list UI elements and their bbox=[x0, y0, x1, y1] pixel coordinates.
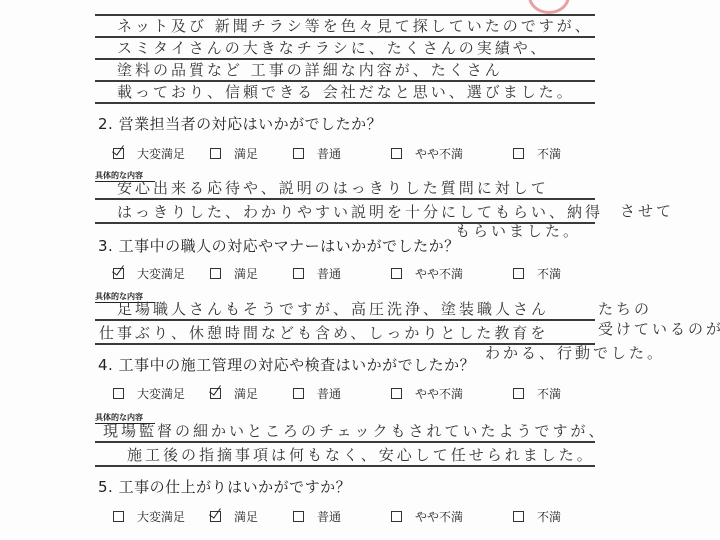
checkbox[interactable] bbox=[210, 148, 221, 159]
answer-text: 足場職人さんもそうですが、高圧洗浄、塗装職人さん bbox=[117, 299, 549, 319]
checkbox[interactable] bbox=[391, 388, 402, 399]
option-normal[interactable]: 普通 bbox=[293, 385, 341, 402]
option-label: 大変満足 bbox=[137, 508, 185, 525]
answer-text: スミタイさんの大きなチラシに、たくさんの実績や、 bbox=[117, 38, 548, 58]
option-normal[interactable]: 普通 bbox=[293, 508, 341, 525]
option-label: 普通 bbox=[317, 145, 341, 162]
option-dissatisfied[interactable]: 不満 bbox=[513, 508, 561, 525]
question-number: 2. bbox=[98, 115, 113, 133]
answer-line: 載っており、信頼できる 会社だなと思い、選びました。 bbox=[95, 82, 595, 104]
option-somewhat-dissatisfied[interactable]: やや不満 bbox=[391, 385, 463, 402]
option-label: やや不満 bbox=[415, 385, 463, 402]
checkbox[interactable] bbox=[210, 268, 221, 279]
answer-text: 現場監督の細かいところのチェックもされていたようですが、 bbox=[103, 421, 607, 441]
overflow-text: わかる、行動でした。 bbox=[485, 342, 665, 363]
overflow-text: もらいました。 bbox=[455, 220, 581, 241]
checkbox[interactable] bbox=[293, 511, 304, 522]
option-somewhat-dissatisfied[interactable]: やや不満 bbox=[391, 145, 463, 162]
q1-answer-block: ネット及び 新聞チラシ等を色々見て探していたのですが、 スミタイさんの大きなチラ… bbox=[95, 0, 595, 104]
option-label: 不満 bbox=[537, 265, 561, 282]
question-text: 工事中の施工管理の対応や検査はいかがでしたか？ bbox=[119, 356, 476, 374]
option-very-satisfied[interactable]: 大変満足 bbox=[113, 265, 185, 282]
checkbox-checked[interactable] bbox=[113, 148, 124, 159]
option-normal[interactable]: 普通 bbox=[293, 265, 341, 282]
question-number: 3. bbox=[98, 237, 113, 255]
question-4: 4. 工事中の施工管理の対応や検査はいかがでしたか？ bbox=[98, 354, 475, 375]
option-label: 大変満足 bbox=[137, 265, 185, 282]
checkbox-checked[interactable] bbox=[210, 511, 221, 522]
option-satisfied[interactable]: 満足 bbox=[210, 385, 258, 402]
option-label: 大変満足 bbox=[137, 145, 185, 162]
answer-text: 塗料の品質など 工事の詳細な内容が、たくさん bbox=[117, 60, 503, 80]
option-somewhat-dissatisfied[interactable]: やや不満 bbox=[391, 508, 463, 525]
option-label: 不満 bbox=[537, 508, 561, 525]
overflow-text: させて bbox=[620, 200, 674, 221]
answer-line: 塗料の品質など 工事の詳細な内容が、たくさん bbox=[95, 60, 595, 82]
question-text: 営業担当者の対応はいかがでしたか？ bbox=[119, 115, 383, 133]
q4-options: 大変満足 満足 普通 やや不満 不満 bbox=[113, 385, 613, 405]
option-very-satisfied[interactable]: 大変満足 bbox=[113, 145, 185, 162]
option-satisfied[interactable]: 満足 bbox=[210, 508, 258, 525]
option-dissatisfied[interactable]: 不満 bbox=[513, 145, 561, 162]
overflow-text: たちの bbox=[598, 298, 652, 319]
question-3: 3. 工事中の職人の対応やマナーはいかがでしたか？ bbox=[98, 235, 460, 256]
option-label: やや不満 bbox=[415, 508, 463, 525]
answer-text: 安心出来る応待や、説明のはっきりした質問に対して bbox=[117, 178, 549, 198]
option-label: 満足 bbox=[234, 265, 258, 282]
q2-answer-block: 安心出来る応待や、説明のはっきりした質問に対して はっきりした、わかりやすい説明… bbox=[95, 176, 595, 224]
option-somewhat-dissatisfied[interactable]: やや不満 bbox=[391, 265, 463, 282]
option-satisfied[interactable]: 満足 bbox=[210, 265, 258, 282]
option-label: 満足 bbox=[234, 508, 258, 525]
option-label: 不満 bbox=[537, 145, 561, 162]
checkbox[interactable] bbox=[513, 511, 524, 522]
checkbox[interactable] bbox=[293, 388, 304, 399]
option-label: 満足 bbox=[234, 385, 258, 402]
checkbox[interactable] bbox=[391, 148, 402, 159]
option-label: やや不満 bbox=[415, 265, 463, 282]
answer-text: 仕事ぶり、休憩時間なども含め、しっかりとした教育を bbox=[99, 323, 548, 343]
q2-options: 大変満足 満足 普通 やや不満 不満 bbox=[113, 145, 613, 165]
answer-line: 施工後の指摘事項は何もなく、安心して任せられました。 bbox=[95, 443, 595, 467]
overflow-text: 受けているのが bbox=[598, 318, 720, 339]
option-label: 普通 bbox=[317, 385, 341, 402]
option-normal[interactable]: 普通 bbox=[293, 145, 341, 162]
answer-text: 施工後の指摘事項は何もなく、安心して任せられました。 bbox=[127, 445, 595, 465]
checkbox[interactable] bbox=[113, 511, 124, 522]
option-label: 不満 bbox=[537, 385, 561, 402]
answer-line: 安心出来る応待や、説明のはっきりした質問に対して bbox=[95, 176, 595, 200]
q3-options: 大変満足 満足 普通 やや不満 不満 bbox=[113, 265, 613, 285]
question-2: 2. 営業担当者の対応はいかがでしたか？ bbox=[98, 113, 382, 134]
option-dissatisfied[interactable]: 不満 bbox=[513, 385, 561, 402]
checkbox[interactable] bbox=[113, 388, 124, 399]
q3-answer-block: 足場職人さんもそうですが、高圧洗浄、塗装職人さん 仕事ぶり、休憩時間なども含め、… bbox=[95, 297, 595, 345]
answer-text: 載っており、信頼できる 会社だなと思い、選びました。 bbox=[117, 82, 575, 102]
answer-line bbox=[95, 0, 595, 16]
option-very-satisfied[interactable]: 大変満足 bbox=[113, 385, 185, 402]
answer-line: 足場職人さんもそうですが、高圧洗浄、塗装職人さん bbox=[95, 297, 595, 321]
checkbox[interactable] bbox=[513, 388, 524, 399]
answer-text: はっきりした、わかりやすい説明を十分にしてもらい、納得 bbox=[117, 202, 603, 222]
checkbox[interactable] bbox=[513, 268, 524, 279]
option-satisfied[interactable]: 満足 bbox=[210, 145, 258, 162]
option-very-satisfied[interactable]: 大変満足 bbox=[113, 508, 185, 525]
option-label: やや不満 bbox=[415, 145, 463, 162]
answer-text: ネット及び 新聞チラシ等を色々見て探していたのですが、 bbox=[117, 16, 593, 36]
question-text: 工事中の職人の対応やマナーはいかがでしたか？ bbox=[119, 237, 460, 255]
option-label: 普通 bbox=[317, 508, 341, 525]
q4-answer-block: 現場監督の細かいところのチェックもされていたようですが、 施工後の指摘事項は何も… bbox=[95, 419, 595, 467]
option-label: 満足 bbox=[234, 145, 258, 162]
question-number: 5. bbox=[98, 478, 113, 496]
checkbox[interactable] bbox=[293, 148, 304, 159]
answer-line: 現場監督の細かいところのチェックもされていたようですが、 bbox=[95, 419, 595, 443]
option-label: 大変満足 bbox=[137, 385, 185, 402]
checkbox-checked[interactable] bbox=[113, 268, 124, 279]
option-dissatisfied[interactable]: 不満 bbox=[513, 265, 561, 282]
answer-line: スミタイさんの大きなチラシに、たくさんの実績や、 bbox=[95, 38, 595, 60]
checkbox-checked[interactable] bbox=[210, 388, 221, 399]
question-text: 工事の仕上がりはいかがですか？ bbox=[119, 478, 352, 496]
q5-options: 大変満足 満足 普通 やや不満 不満 bbox=[113, 508, 613, 528]
question-5: 5. 工事の仕上がりはいかがですか？ bbox=[98, 476, 351, 497]
checkbox[interactable] bbox=[513, 148, 524, 159]
question-number: 4. bbox=[98, 356, 113, 374]
checkbox[interactable] bbox=[391, 268, 402, 279]
checkbox[interactable] bbox=[293, 268, 304, 279]
answer-line: ネット及び 新聞チラシ等を色々見て探していたのですが、 bbox=[95, 16, 595, 38]
option-label: 普通 bbox=[317, 265, 341, 282]
checkbox[interactable] bbox=[391, 511, 402, 522]
